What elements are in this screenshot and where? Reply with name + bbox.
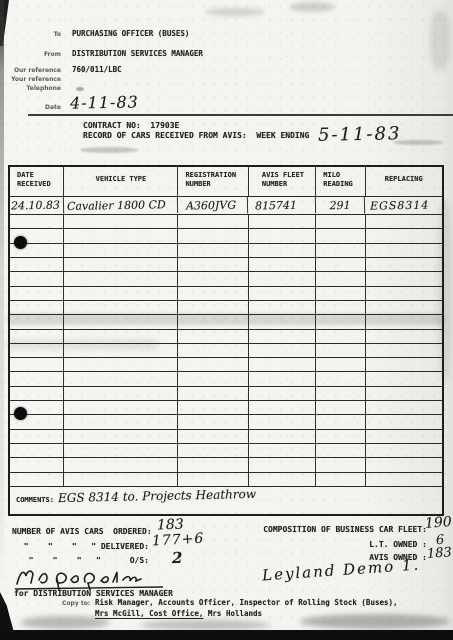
table-empty-cell	[249, 372, 316, 385]
table-empty-cell	[178, 258, 248, 271]
col-header-avis-fleet-number: AVIS FLEET NUMBER	[249, 167, 316, 196]
table-empty-cell	[64, 258, 178, 271]
table-empty-cell	[316, 344, 365, 357]
table-empty-cell	[64, 401, 178, 414]
lt-owned-label: L.T. OWNED :	[252, 540, 427, 549]
week-ending-handwritten-value: 5-11-83	[318, 123, 402, 145]
table-empty-cell	[178, 387, 248, 400]
table-empty-cell	[10, 301, 64, 314]
os-handwritten-value: 2	[172, 549, 183, 567]
table-empty-cell	[64, 315, 178, 328]
table-empty-cell	[10, 330, 64, 343]
table-empty-cell	[249, 301, 316, 314]
table-empty-row	[10, 401, 442, 415]
table-empty-cell	[10, 358, 64, 371]
table-empty-cell	[249, 458, 316, 471]
table-empty-cell	[366, 358, 442, 371]
table-header-row: DATE RECEIVED VEHICLE TYPE REGISTRATION …	[10, 167, 442, 197]
table-empty-row	[10, 272, 442, 286]
record-title-line: RECORD OF CARS RECEIVED FROM AVIS: WEEK …	[83, 131, 309, 140]
table-empty-cell	[316, 301, 365, 314]
from-value: DISTRIBUTION SERVICES MANAGER	[72, 49, 203, 58]
table-empty-cell	[249, 272, 316, 285]
ordered-label: NUMBER OF AVIS CARS ORDERED:	[12, 527, 149, 536]
table-empty-cell	[178, 358, 248, 371]
table-empty-cell	[64, 301, 178, 314]
table-empty-cell	[249, 387, 316, 400]
table-empty-cell	[366, 344, 442, 357]
table-empty-cell	[366, 444, 442, 457]
table-empty-cell	[64, 430, 178, 443]
table-empty-row	[10, 430, 442, 444]
table-empty-row	[10, 473, 442, 487]
our-reference-label: Our reference	[5, 67, 61, 74]
scan-smudge	[430, 10, 450, 70]
os-label: " " " " O/S:	[12, 556, 149, 565]
table-empty-cell	[249, 401, 316, 414]
table-empty-cell	[178, 372, 248, 385]
table-empty-cell	[366, 229, 442, 242]
table-empty-row	[10, 301, 442, 315]
scan-left-edge	[0, 0, 4, 600]
col-header-milo-reading: MILO READING	[316, 167, 365, 196]
table-empty-row	[10, 344, 442, 358]
your-reference-label: Your reference	[5, 76, 61, 83]
table-empty-cell	[64, 287, 178, 300]
table-empty-cell	[10, 315, 64, 328]
table-empty-row	[10, 229, 442, 243]
scan-smudge	[80, 147, 138, 153]
table-empty-cell	[249, 430, 316, 443]
cell-replacing: EGS8314	[365, 196, 442, 214]
scan-bottom-edge	[0, 630, 453, 640]
cell-vehicle-type: Cavalier 1800 CD	[64, 196, 178, 215]
date-handwritten-value: 4-11-83	[70, 92, 139, 112]
table-empty-cell	[64, 215, 178, 228]
table-empty-cell	[64, 330, 178, 343]
table-empty-cell	[366, 473, 442, 486]
table-empty-cell	[249, 229, 316, 242]
table-empty-rows	[10, 215, 442, 487]
table-empty-cell	[178, 301, 248, 314]
table-empty-cell	[249, 215, 316, 228]
table-empty-cell	[366, 301, 442, 314]
fleet-composition-handwritten-value: 190	[424, 514, 452, 532]
table-empty-cell	[64, 372, 178, 385]
table-empty-cell	[64, 387, 178, 400]
table-empty-row	[10, 244, 442, 258]
table-empty-row	[10, 372, 442, 386]
table-empty-cell	[249, 344, 316, 357]
table-empty-cell	[249, 315, 316, 328]
col-header-date-received: DATE RECEIVED	[10, 167, 64, 196]
copy-to-line2-rest: Mrs Hollands	[203, 609, 262, 618]
table-empty-cell	[10, 458, 64, 471]
table-empty-cell	[178, 272, 248, 285]
table-empty-cell	[316, 372, 365, 385]
table-empty-cell	[10, 287, 64, 300]
table-empty-cell	[64, 458, 178, 471]
table-empty-row	[10, 387, 442, 401]
hole-punch-top	[14, 236, 27, 249]
table-empty-row	[10, 287, 442, 301]
table-empty-cell	[10, 258, 64, 271]
table-empty-cell	[249, 473, 316, 486]
table-empty-cell	[249, 415, 316, 428]
table-empty-cell	[10, 272, 64, 285]
to-value: PURCHASING OFFICER (BUSES)	[72, 29, 189, 38]
table-empty-cell	[316, 272, 365, 285]
table-empty-cell	[178, 229, 248, 242]
table-empty-cell	[316, 473, 365, 486]
table-empty-cell	[64, 358, 178, 371]
table-empty-cell	[64, 415, 178, 428]
table-empty-cell	[316, 229, 365, 242]
cell-registration-number: A360JVG	[178, 196, 249, 214]
table-empty-cell	[316, 387, 365, 400]
copy-to-label: Copy to:	[62, 600, 90, 607]
table-empty-row	[10, 258, 442, 272]
table-empty-cell	[64, 229, 178, 242]
table-empty-cell	[316, 358, 365, 371]
scan-smudge	[290, 2, 335, 12]
our-reference-value: 760/011/LBC	[72, 65, 122, 74]
table-empty-cell	[366, 330, 442, 343]
table-empty-cell	[10, 372, 64, 385]
comments-handwritten-value: EGS 8314 to. Projects Heathrow	[58, 487, 256, 505]
table-empty-row	[10, 315, 442, 329]
header-divider-line	[28, 114, 453, 116]
table-empty-cell	[64, 473, 178, 486]
table-empty-cell	[366, 401, 442, 414]
delivered-label: " " " " DELIVERED:	[12, 542, 149, 551]
copy-to-line2: Mrs McGill, Cost Office, Mrs Hollands	[95, 609, 262, 618]
contract-number-line: CONTRACT NO: 17903E	[83, 121, 179, 130]
table-empty-cell	[366, 315, 442, 328]
cell-avis-fleet-number: 815741	[249, 196, 317, 214]
table-empty-cell	[316, 430, 365, 443]
table-empty-cell	[178, 344, 248, 357]
to-label: To	[5, 31, 61, 38]
table-empty-cell	[178, 415, 248, 428]
table-empty-cell	[366, 387, 442, 400]
table-empty-cell	[178, 458, 248, 471]
table-empty-cell	[64, 272, 178, 285]
delivered-handwritten-value: 177+6	[152, 531, 205, 550]
scan-corner-mark	[0, 0, 9, 46]
table-empty-cell	[178, 473, 248, 486]
col-header-vehicle-type: VEHICLE TYPE	[64, 167, 178, 196]
copy-to-line2-underlined: Mrs McGill, Cost Office,	[95, 609, 203, 618]
hole-punch-bottom	[14, 407, 27, 420]
comments-row: COMMENTS: EGS 8314 to. Projects Heathrow	[10, 487, 442, 517]
table-empty-cell	[249, 330, 316, 343]
table-empty-cell	[178, 444, 248, 457]
table-empty-cell	[366, 458, 442, 471]
table-empty-row	[10, 415, 442, 429]
signed-for-line: for DISTRIBUTION SERVICES MANAGER	[14, 589, 173, 598]
table-empty-cell	[249, 258, 316, 271]
table-empty-cell	[64, 344, 178, 357]
table-empty-cell	[316, 458, 365, 471]
table-empty-cell	[249, 287, 316, 300]
col-header-replacing: REPLACING	[366, 167, 442, 196]
table-empty-cell	[64, 244, 178, 257]
cell-date-received: 24.10.83	[10, 197, 65, 215]
table-empty-cell	[316, 215, 365, 228]
date-label: Date	[5, 104, 61, 111]
table-empty-cell	[316, 415, 365, 428]
cell-milo-reading: 291	[316, 197, 366, 215]
table-empty-cell	[316, 258, 365, 271]
fleet-composition-label: COMPOSITION OF BUSINESS CAR FLEET:	[252, 525, 427, 534]
table-empty-cell	[178, 401, 248, 414]
table-empty-cell	[316, 287, 365, 300]
table-empty-row	[10, 458, 442, 472]
table-empty-cell	[366, 258, 442, 271]
table-empty-cell	[249, 244, 316, 257]
table-empty-cell	[249, 444, 316, 457]
table-empty-cell	[10, 430, 64, 443]
table-empty-cell	[316, 315, 365, 328]
table-empty-cell	[366, 372, 442, 385]
table-empty-cell	[316, 401, 365, 414]
table-empty-cell	[249, 358, 316, 371]
scanned-memo-page: To PURCHASING OFFICER (BUSES) From DISTR…	[0, 0, 453, 640]
table-empty-cell	[10, 444, 64, 457]
table-empty-cell	[366, 244, 442, 257]
table-empty-cell	[10, 473, 64, 486]
table-empty-cell	[178, 330, 248, 343]
scan-smudge	[300, 614, 450, 629]
scan-smudge	[140, 620, 270, 630]
scan-smudge	[205, 8, 265, 16]
table-empty-cell	[178, 315, 248, 328]
table-empty-cell	[316, 244, 365, 257]
table-empty-row	[10, 358, 442, 372]
table-empty-cell	[366, 215, 442, 228]
from-label: From	[5, 51, 61, 58]
scan-smudge	[76, 87, 84, 91]
table-empty-cell	[178, 244, 248, 257]
avis-owned-handwritten-value: 183	[427, 545, 453, 562]
table-empty-cell	[10, 344, 64, 357]
telephone-label: Telephone	[5, 85, 61, 92]
table-empty-cell	[316, 444, 365, 457]
table-empty-cell	[366, 430, 442, 443]
avis-cars-table: DATE RECEIVED VEHICLE TYPE REGISTRATION …	[8, 165, 444, 516]
table-empty-cell	[366, 415, 442, 428]
table-empty-cell	[178, 215, 248, 228]
table-empty-cell	[64, 444, 178, 457]
copy-to-line1: Risk Manager, Accounts Officer, Inspecto…	[95, 598, 398, 607]
table-empty-row	[10, 444, 442, 458]
table-empty-row	[10, 215, 442, 229]
table-empty-cell	[366, 272, 442, 285]
table-empty-cell	[366, 287, 442, 300]
comments-label: COMMENTS:	[16, 496, 54, 504]
table-empty-cell	[10, 387, 64, 400]
table-row: 24.10.83 Cavalier 1800 CD A360JVG 815741…	[10, 197, 442, 215]
table-empty-cell	[10, 215, 64, 228]
col-header-registration-number: REGISTRATION NUMBER	[178, 167, 248, 196]
table-empty-cell	[178, 430, 248, 443]
table-empty-cell	[178, 287, 248, 300]
table-empty-row	[10, 330, 442, 344]
table-empty-cell	[316, 330, 365, 343]
